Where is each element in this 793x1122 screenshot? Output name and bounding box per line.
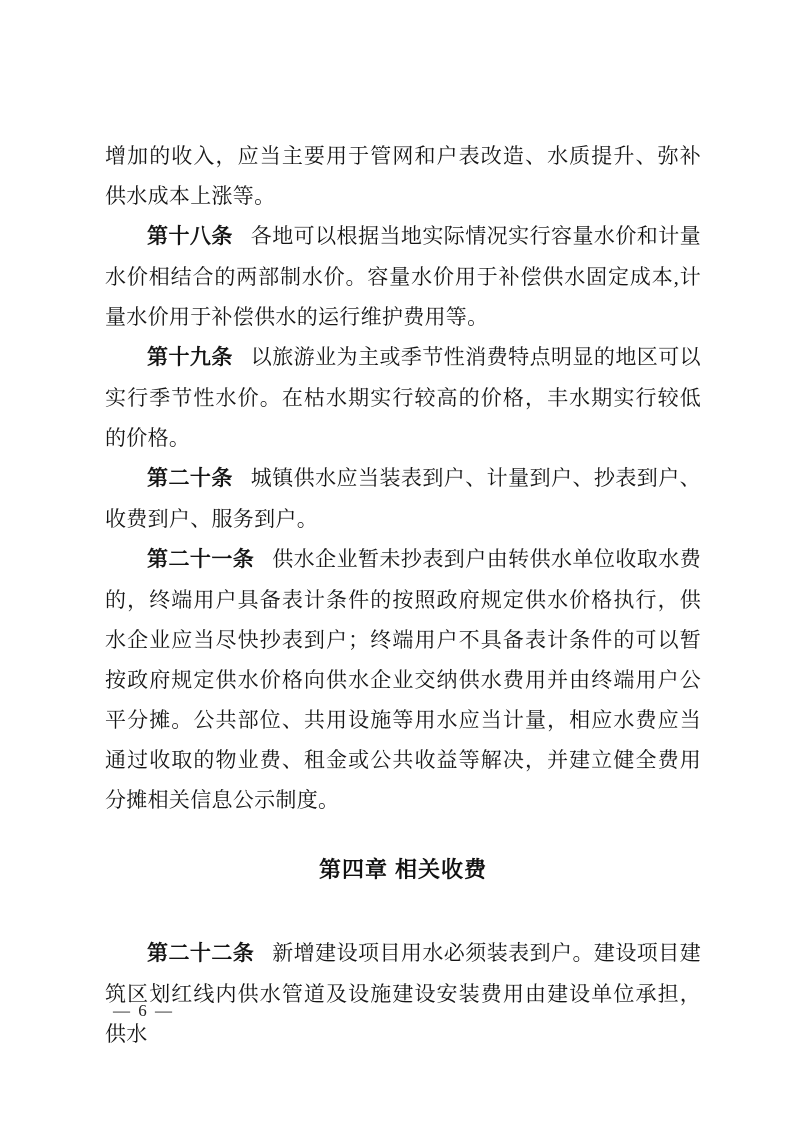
paragraph: 第二十二条新增建设项目用水必须装表到户。建设项目建筑区划红线内供水管道及设施建设…: [105, 933, 701, 1054]
paragraph: 第二十条城镇供水应当装表到户、计量到户、抄表到户、收费到户、服务到户。: [105, 458, 701, 539]
document-page: 增加的收入，应当主要用于管网和户表改造、水质提升、弥补供水成本上涨等。第十八条各…: [0, 0, 793, 1122]
paragraph: 第二十一条供水企业暂未抄表到户由转供水单位收取水费的，终端用户具备表计条件的按照…: [105, 539, 701, 820]
paragraph: 增加的收入，应当主要用于管网和户表改造、水质提升、弥补供水成本上涨等。: [105, 136, 701, 216]
document-body: 增加的收入，应当主要用于管网和户表改造、水质提升、弥补供水成本上涨等。第十八条各…: [105, 136, 701, 1054]
paragraph-text: 增加的收入，应当主要用于管网和户表改造、水质提升、弥补供水成本上涨等。: [105, 144, 701, 208]
article-number: 第二十条: [147, 467, 233, 490]
paragraph: 第十八条各地可以根据当地实际情况实行容量水价和计量水价相结合的两部制水价。容量水…: [105, 216, 701, 337]
paragraph-text: 供水企业暂未抄表到户由转供水单位收取水费的，终端用户具备表计条件的按照政府规定供…: [105, 547, 701, 812]
paragraph: 第十九条以旅游业为主或季节性消费特点明显的地区可以实行季节性水价。在枯水期实行较…: [105, 337, 701, 458]
article-number: 第二十二条: [147, 942, 254, 965]
article-number: 第二十一条: [147, 548, 254, 571]
article-number: 第十八条: [147, 225, 233, 248]
chapter-heading: 第四章 相关收费: [105, 850, 701, 890]
article-number: 第十九条: [147, 346, 233, 369]
page-number: — 6 —: [113, 1000, 174, 1022]
